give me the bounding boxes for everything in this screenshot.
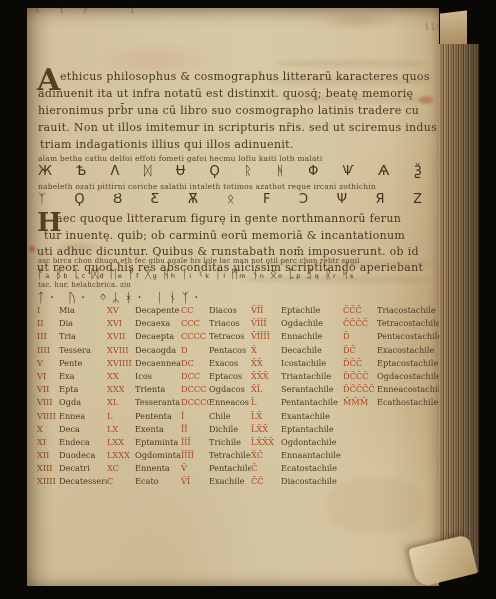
numeral-cell: ĪĪ <box>181 423 209 436</box>
aethicus-letter-glyph: Ж <box>38 164 52 179</box>
rune-label: c <box>82 272 86 280</box>
numeral-name-pair: IMia <box>37 304 107 317</box>
aethicus-letter-glyph: F <box>263 192 270 207</box>
aethicus-letter-glyph: Ѣ <box>76 164 86 179</box>
name-cell: Ennachile <box>281 330 343 343</box>
numeral-cell: XIII <box>37 462 59 475</box>
name-cell: Eptantachile <box>281 423 343 436</box>
numeral-name-pair: XDeca <box>37 423 107 436</box>
numeral-cell: ĪĪĪ <box>181 436 209 449</box>
rune-label: q <box>315 272 319 280</box>
number-table: IMiaXVDecapenteCCDiacosV̄ĪĪEptachileC̄C̄… <box>37 304 435 489</box>
numeral-cell: IIII <box>37 344 59 357</box>
numeral-name-pair: ĪChile <box>181 410 251 423</box>
rune-label: r <box>333 272 336 280</box>
numeral-cell: X <box>37 423 59 436</box>
numeral-name-pair: X̄Decachile <box>251 344 343 357</box>
name-cell: Ennaantachile <box>281 449 343 462</box>
numeral-cell: VI <box>37 370 59 383</box>
show-through-stain <box>277 60 427 67</box>
name-cell: Pententa <box>135 410 181 423</box>
manuscript-photo: ʌ ſ r · ſ 116 A ethicus philosophus & co… <box>0 0 496 599</box>
rune-label: g <box>153 272 157 280</box>
numeral-name-pair: X̄L̄Serantachile <box>251 383 343 396</box>
aethicus-glyph-row1: ЖѢΛᛞɄϘᚱᚻΦѰѦѮ <box>38 164 422 179</box>
rune-pair: ᛚl <box>215 268 225 280</box>
numeral-cell: C̄ <box>251 462 281 475</box>
name-cell: Tessera <box>59 344 107 357</box>
numeral-name-pair: CCCCTetracos <box>181 330 251 343</box>
numeral-cell: XVIII <box>107 344 135 357</box>
numeral-cell: CCC <box>181 317 209 330</box>
table-row: XDecaLXExentaĪĪDichileL̄X̄X̄Eptantachile <box>37 423 435 436</box>
aethicus-letter-glyph: Ɔ <box>299 192 308 207</box>
numeral-cell: DCCC <box>181 383 209 396</box>
name-cell: Decapente <box>135 304 181 317</box>
numeral-name-pair: IIIITessera <box>37 344 107 357</box>
name-cell: Enneacos <box>209 396 251 409</box>
aethicus-letter-glyph: Ψ <box>337 192 347 207</box>
numeral-name-pair: XVIDecaexa <box>107 317 181 330</box>
name-cell: Decachile <box>281 344 343 357</box>
name-cell: Ecathostachile <box>377 396 438 409</box>
table-row: IMiaXVDecapenteCCDiacosV̄ĪĪEptachileC̄C̄… <box>37 304 435 317</box>
numeral-cell: L̄X̄ <box>251 410 281 423</box>
numeral-cell: XVI <box>107 317 135 330</box>
numeral-cell: X̄L̄ <box>251 383 281 396</box>
numeral-cell: V̄ĪĪĪ <box>251 317 281 330</box>
rune-label: f <box>136 272 138 280</box>
table-row: VIIEptaXXXTrientaDCCCOgdacosX̄L̄Serantac… <box>37 383 435 396</box>
numeral-cell: XL <box>107 396 135 409</box>
aethicus-letter-glyph: Ʉ <box>176 164 186 179</box>
trimmed-top-marks: ʌ ſ r · ſ <box>35 6 143 15</box>
numeral-name-pair: DPentacos <box>181 344 251 357</box>
name-cell: Eptacos <box>209 370 251 383</box>
numeral-cell: CC <box>181 304 209 317</box>
name-cell: Mia <box>59 304 107 317</box>
rune-pair: ᚱr <box>325 268 336 280</box>
rune-glyph: ᛢ <box>306 268 313 280</box>
aethicus-letter-glyph: Ѫ <box>188 192 198 207</box>
rune-glyph: ᛖ <box>110 268 117 280</box>
rune-pair: ᚠf <box>128 268 139 280</box>
aethicus-letter-glyph: ᛟ <box>227 192 235 207</box>
numeral-name-pair: DCExacos <box>181 357 251 370</box>
rune-glyph: ᛒ <box>55 268 62 280</box>
aethicus-letter-glyph: Λ <box>111 164 120 179</box>
table-row: IIITriaXVIIDecaeptaCCCCTetracosV̄ĪĪĪĪEnn… <box>37 330 435 343</box>
name-cell: Ogdacos <box>209 383 251 396</box>
numeral-cell: XVIIII <box>107 357 135 370</box>
name-cell: Diacostachile <box>281 475 343 488</box>
rune-glyph: ᛞ <box>91 268 98 280</box>
rune-glyph: ᚠ <box>128 268 135 280</box>
name-cell: Tetracostachile <box>377 317 441 330</box>
table-row: XIIIIDecatesseraCEcatoV̄ĪExachileC̄C̄Dia… <box>37 475 435 488</box>
name-cell: Decaennea <box>135 357 181 370</box>
numeral-cell: VIIII <box>37 410 59 423</box>
numeral-name-pair: IIDia <box>37 317 107 330</box>
name-cell: Serantachile <box>281 383 343 396</box>
numeral-name-pair: XIIDuodeca <box>37 449 107 462</box>
numeral-cell: D̄ <box>343 330 377 343</box>
numeral-name-pair: D̄Pentacostachile <box>343 330 442 343</box>
futhorc-row: ᚨaᛒbᚳcᛞdᛖeᚠfᚷgᚺhᛁiᚲkᛚlᛗmᚾnᛟoᛈpᛢqᚱrᛋs <box>37 268 353 280</box>
paragraph1-line5: triam indagationis illius qui illos adin… <box>40 138 294 151</box>
parchment-page: ʌ ſ r · ſ 116 A ethicus philosophus & co… <box>27 8 439 586</box>
paragraph1-line2: adinuenit ita ut infra notatū est distin… <box>38 87 413 100</box>
rune-label: d <box>100 272 104 280</box>
numeral-name-pair: V̄ĪExachile <box>181 475 251 488</box>
numeral-name-pair: V̄ĪĪĪĪEnnachile <box>251 330 343 343</box>
aethicus-letter-glyph: ᛉ <box>38 192 46 207</box>
name-cell: Trichile <box>209 436 251 449</box>
rune-glyph: ᚾ <box>252 268 259 280</box>
aethicus-letter-glyph: Z <box>413 192 422 207</box>
numeral-name-pair: V̄ĪĪĪOgdachile <box>251 317 343 330</box>
name-cell: Ogdachile <box>281 317 343 330</box>
numeral-name-pair: XXXTrienta <box>107 383 181 396</box>
name-cell: Tetracos <box>209 330 251 343</box>
rune-pair: ᛞd <box>91 268 103 280</box>
numeral-name-pair: LXExenta <box>107 423 181 436</box>
numeral-name-pair: DCCEptacos <box>181 370 251 383</box>
name-cell: Triantachile <box>281 370 343 383</box>
numeral-name-pair: XCEnnenta <box>107 462 181 475</box>
red-wax-dot <box>29 246 35 252</box>
aethicus-letter-glyph: Я <box>375 192 384 207</box>
rune-names-row2: tac. hur. helahcbrica. ziu <box>38 281 131 289</box>
aethicus-letter-glyph: Ϙ <box>74 192 84 207</box>
numeral-cell: XVII <box>107 330 135 343</box>
numeral-cell: CCCC <box>181 330 209 343</box>
page-edge-stack <box>439 44 479 572</box>
name-cell: Eptacostachile <box>377 357 438 370</box>
numeral-name-pair: VIIEpta <box>37 383 107 396</box>
name-cell: Exacostachile <box>377 344 434 357</box>
rune-glyph: ᛁ <box>181 268 188 280</box>
numeral-name-pair: IIITria <box>37 330 107 343</box>
name-cell: Enneacostachile <box>377 383 445 396</box>
numeral-name-pair: XXIcos <box>107 370 181 383</box>
numeral-name-pair: V̄Pentachile <box>181 462 251 475</box>
table-row: IIIITesseraXVIIIDecaogdaDPentacosX̄Decac… <box>37 344 435 357</box>
name-cell: Exenta <box>135 423 181 436</box>
name-cell: Ecatostachile <box>281 462 343 475</box>
numeral-name-pair: L̄X̄X̄X̄Ogdontachile <box>251 436 343 449</box>
numeral-name-pair: LXXEptaminta <box>107 436 181 449</box>
rune-label: k <box>205 272 209 280</box>
numeral-name-pair: L̄X̄X̄Eptantachile <box>251 423 343 436</box>
numeral-cell: LXX <box>107 436 135 449</box>
numeral-name-pair: C̄C̄C̄Triacostachile <box>343 304 436 317</box>
numeral-cell: XX <box>107 370 135 383</box>
rune-pair: ᚳc <box>74 268 86 280</box>
rune-names-row: asc birca chon dhuon eth fec gibu agale … <box>38 257 360 265</box>
numeral-cell: V̄Ī <box>181 475 209 488</box>
rune-pair: ᛟo <box>270 268 282 280</box>
name-cell: Tesseranta <box>135 396 181 409</box>
numeral-cell: D <box>181 344 209 357</box>
numeral-cell: I <box>37 304 59 317</box>
name-cell: Eptaminta <box>135 436 181 449</box>
aethicus-letter-glyph: Ѧ <box>378 164 389 179</box>
numeral-name-pair: X̄X̄X̄Triantachile <box>251 370 343 383</box>
rune-pair: ᛋs <box>342 268 354 280</box>
numeral-cell: V̄ĪĪĪĪ <box>251 330 281 343</box>
numeral-name-pair: D̄C̄C̄C̄C̄Enneacostachile <box>343 383 445 396</box>
rune-pair: ᛖe <box>110 268 122 280</box>
numeral-cell: III <box>37 330 59 343</box>
numeral-cell: V <box>37 357 59 370</box>
numeral-cell: C̄C̄C̄ <box>343 304 377 317</box>
numeral-name-pair: ĪĪĪTrichile <box>181 436 251 449</box>
name-cell: Pentachile <box>209 462 251 475</box>
name-cell: Icos <box>135 370 181 383</box>
aethicus-letter-glyph: ᚻ <box>276 164 284 179</box>
name-cell: Ogdacostachile <box>377 370 441 383</box>
rune-label: e <box>118 272 122 280</box>
numeral-cell: ĪĪĪĪ <box>181 449 209 462</box>
numeral-cell: C̄C̄ <box>251 475 281 488</box>
numeral-name-pair: XVIIIIDecaennea <box>107 357 181 370</box>
numeral-cell: XIIII <box>37 475 59 488</box>
numeral-name-pair: L̄X̄Exantachile <box>251 410 343 423</box>
rune-pair: ᚨa <box>37 268 49 280</box>
book-fore-edge <box>439 0 496 599</box>
rune-pair: ᚷg <box>144 268 156 280</box>
numeral-cell: VII <box>37 383 59 396</box>
numeral-cell: LX <box>107 423 135 436</box>
name-cell: Ogdontachile <box>281 436 343 449</box>
numeral-name-pair: XLTesseranta <box>107 396 181 409</box>
numeral-cell: DCC <box>181 370 209 383</box>
numeral-name-pair: X̄X̄Icostachile <box>251 357 343 370</box>
rune-pair: ᛢq <box>306 268 318 280</box>
rune-label: m <box>239 272 245 280</box>
numeral-cell: L̄X̄X̄X̄ <box>251 436 281 449</box>
name-cell: Ogda <box>59 396 107 409</box>
numeral-name-pair: XIEndeca <box>37 436 107 449</box>
rune-pair: ᛒb <box>55 268 67 280</box>
aethicus-letter-glyph: ᛞ <box>144 164 152 179</box>
rune-glyph: ᛟ <box>270 268 277 280</box>
numeral-cell: X̄C̄ <box>251 449 281 462</box>
name-cell: Duodeca <box>59 449 107 462</box>
rune-glyph: ᛋ <box>342 268 349 280</box>
numeral-name-pair: DCCCOgdacos <box>181 383 251 396</box>
name-cell: Exacos <box>209 357 251 370</box>
numeral-name-pair: C̄C̄Diacostachile <box>251 475 343 488</box>
numeral-name-pair: ĪĪDichile <box>181 423 251 436</box>
name-cell: Icostachile <box>281 357 343 370</box>
name-cell: Ecato <box>135 475 181 488</box>
aethicus-names-row2: nabeleth ozati pittirni coriche salathi … <box>38 182 376 191</box>
aethicus-letter-glyph: Ȣ <box>113 192 122 207</box>
table-row: VIIIIEnneaLPententaĪChileL̄X̄Exantachile <box>37 410 435 423</box>
aethicus-letter-glyph: Ϙ <box>210 164 220 179</box>
name-cell: Pentantachile <box>281 396 343 409</box>
numeral-name-pair: CEcato <box>107 475 181 488</box>
numeral-cell: D̄C̄C̄C̄ <box>343 370 377 383</box>
rune-glyph: ᚳ <box>74 268 81 280</box>
numeral-cell: D̄C̄ <box>343 344 377 357</box>
name-cell: Dichile <box>209 423 251 436</box>
name-cell: Decatessera <box>59 475 107 488</box>
numeral-name-pair: D̄C̄Exacostachile <box>343 344 434 357</box>
numeral-cell: X̄X̄ <box>251 357 281 370</box>
name-cell: Exachile <box>209 475 251 488</box>
paragraph1-line3: hieronimus prb̄r una cū libro suo cosmog… <box>38 104 419 117</box>
rune-pair: ᛗm <box>231 268 246 280</box>
name-cell: Diacos <box>209 304 251 317</box>
aethicus-letter-glyph: Ѯ <box>414 164 422 179</box>
page-corner-tab <box>440 10 467 47</box>
rune-glyph: ᚷ <box>144 268 151 280</box>
numeral-cell: D̄C̄C̄ <box>343 357 377 370</box>
aethicus-names-row1: alam betha cathu delfoi effoti fometi ga… <box>38 154 322 163</box>
paragraph2-line2: tur inuentę. quib; ob carminū eorū memor… <box>44 229 405 242</box>
numeral-name-pair: VIIIOgda <box>37 396 107 409</box>
rune-label: o <box>278 272 282 280</box>
rune-pair: ᚺh <box>163 268 175 280</box>
name-cell: Decaepta <box>135 330 181 343</box>
aethicus-glyph-row2: ᛉϘȢƸѪᛟFƆΨЯZ <box>38 192 422 207</box>
numeral-name-pair: D̄C̄C̄C̄Ogdacostachile <box>343 370 441 383</box>
numeral-cell: L <box>107 410 135 423</box>
numeral-name-pair: LPententa <box>107 410 181 423</box>
numeral-cell: XC <box>107 462 135 475</box>
numeral-name-pair: DCCCCEnneacos <box>181 396 251 409</box>
rune-glyph: ᚱ <box>325 268 332 280</box>
rune-glyph: ᚲ <box>197 268 204 280</box>
name-cell: Deca <box>59 423 107 436</box>
name-cell: Ennea <box>59 410 107 423</box>
numeral-name-pair: LXXXOgdominta <box>107 449 181 462</box>
rune-glyph: ᛗ <box>231 268 238 280</box>
rune-label: h <box>171 272 175 280</box>
numeral-name-pair: XIIIDecatri <box>37 462 107 475</box>
numeral-name-pair: XVDecapente <box>107 304 181 317</box>
numeral-cell: C̄C̄C̄C̄ <box>343 317 377 330</box>
numeral-cell: DCCCC <box>181 396 209 409</box>
rune-label: p <box>296 272 300 280</box>
numeral-cell: X̄X̄X̄ <box>251 370 281 383</box>
numeral-cell: XII <box>37 449 59 462</box>
paragraph2-line1: aec quoque litterarum figurę in gente no… <box>56 212 401 225</box>
name-cell: Eptachile <box>281 304 343 317</box>
aethicus-letter-glyph: Φ <box>308 164 318 179</box>
table-row: XIEndecaLXXEptamintaĪĪĪTrichileL̄X̄X̄X̄O… <box>37 436 435 449</box>
table-row: VIIIOgdaXLTesserantaDCCCCEnneacosL̄Penta… <box>37 396 435 409</box>
numeral-name-pair: VIIIIEnnea <box>37 410 107 423</box>
numeral-name-pair: XVIIIDecaogda <box>107 344 181 357</box>
rune-glyph: ᚺ <box>163 268 170 280</box>
numeral-name-pair: XIIIIDecatessera <box>37 475 107 488</box>
numeral-name-pair: CCDiacos <box>181 304 251 317</box>
numeral-cell: D̄C̄C̄C̄C̄ <box>343 383 377 396</box>
name-cell: Decatri <box>59 462 107 475</box>
numeral-name-pair: L̄Pentantachile <box>251 396 343 409</box>
rune-label: l <box>223 272 225 280</box>
name-cell: Pentacostachile <box>377 330 442 343</box>
numeral-cell: V̄ĪĪ <box>251 304 281 317</box>
name-cell: Exa <box>59 370 107 383</box>
rune-label: b <box>63 272 67 280</box>
paragraph1-line1: ethicus philosophus & cosmographus litte… <box>60 70 430 83</box>
numeral-name-pair: V̄ĪĪEptachile <box>251 304 343 317</box>
name-cell: Triacos <box>209 317 251 330</box>
numeral-cell: Ī <box>181 410 209 423</box>
numeral-cell: XI <box>37 436 59 449</box>
numeral-cell: C <box>107 475 135 488</box>
name-cell: Tetrachile <box>209 449 251 462</box>
rune-pair: ᚲk <box>197 268 209 280</box>
rune-pair: ᛈp <box>288 268 300 280</box>
rune-pair: ᚾn <box>252 268 264 280</box>
numeral-cell: VIII <box>37 396 59 409</box>
numeral-name-pair: ĪĪĪĪTetrachile <box>181 449 251 462</box>
numeral-name-pair: M̄M̄M̄Ecathostachile <box>343 396 438 409</box>
name-cell: Endeca <box>59 436 107 449</box>
name-cell: Pente <box>59 357 107 370</box>
name-cell: Dia <box>59 317 107 330</box>
numeral-cell: L̄X̄X̄ <box>251 423 281 436</box>
table-row: VIExaXXIcosDCCEptacosX̄X̄X̄TriantachileD… <box>37 370 435 383</box>
name-cell: Ogdominta <box>135 449 181 462</box>
rune-label: a <box>45 272 49 280</box>
numeral-cell: X̄ <box>251 344 281 357</box>
numeral-name-pair: CCCTriacos <box>181 317 251 330</box>
rune-glyph: ᛚ <box>215 268 222 280</box>
name-cell: Triacostachile <box>377 304 436 317</box>
name-cell: Epta <box>59 383 107 396</box>
paragraph1-line4: rauit. Non ut illos imitemur in scriptur… <box>38 121 437 134</box>
name-cell: Pentacos <box>209 344 251 357</box>
aethicus-letter-glyph: ᚱ <box>244 164 252 179</box>
rune-label: n <box>260 272 264 280</box>
numeral-name-pair: VIExa <box>37 370 107 383</box>
rune-label: s <box>350 272 353 280</box>
aethicus-letter-glyph: Ƹ <box>151 192 160 207</box>
rune-glyph: ᚨ <box>37 268 44 280</box>
name-cell: Chile <box>209 410 251 423</box>
name-cell: Exantachile <box>281 410 343 423</box>
rune-pair: ᛁi <box>181 268 191 280</box>
rune-glyph: ᛈ <box>288 268 295 280</box>
numeral-name-pair: XVIIDecaepta <box>107 330 181 343</box>
name-cell: Decaexa <box>135 317 181 330</box>
table-row: IIDiaXVIDecaexaCCCTriacosV̄ĪĪĪOgdachileC… <box>37 317 435 330</box>
numeral-name-pair: C̄C̄C̄C̄Tetracostachile <box>343 317 441 330</box>
numeral-name-pair: X̄C̄Ennaantachile <box>251 449 343 462</box>
table-row: VPenteXVIIIIDecaenneaDCExacosX̄X̄Icostac… <box>37 357 435 370</box>
numeral-name-pair: VPente <box>37 357 107 370</box>
aethicus-letter-glyph: Ѱ <box>343 164 354 179</box>
name-cell: Trienta <box>135 383 181 396</box>
table-row: XIIIDecatriXCEnnentaV̄PentachileC̄Ecatos… <box>37 462 435 475</box>
numeral-cell: DC <box>181 357 209 370</box>
numeral-cell: M̄M̄M̄ <box>343 396 377 409</box>
name-cell: Ennenta <box>135 462 181 475</box>
numeral-cell: XXX <box>107 383 135 396</box>
name-cell: Tria <box>59 330 107 343</box>
red-ink-smudge <box>419 96 433 104</box>
numeral-cell: V̄ <box>181 462 209 475</box>
numeral-cell: XV <box>107 304 135 317</box>
name-cell: Decaogda <box>135 344 181 357</box>
